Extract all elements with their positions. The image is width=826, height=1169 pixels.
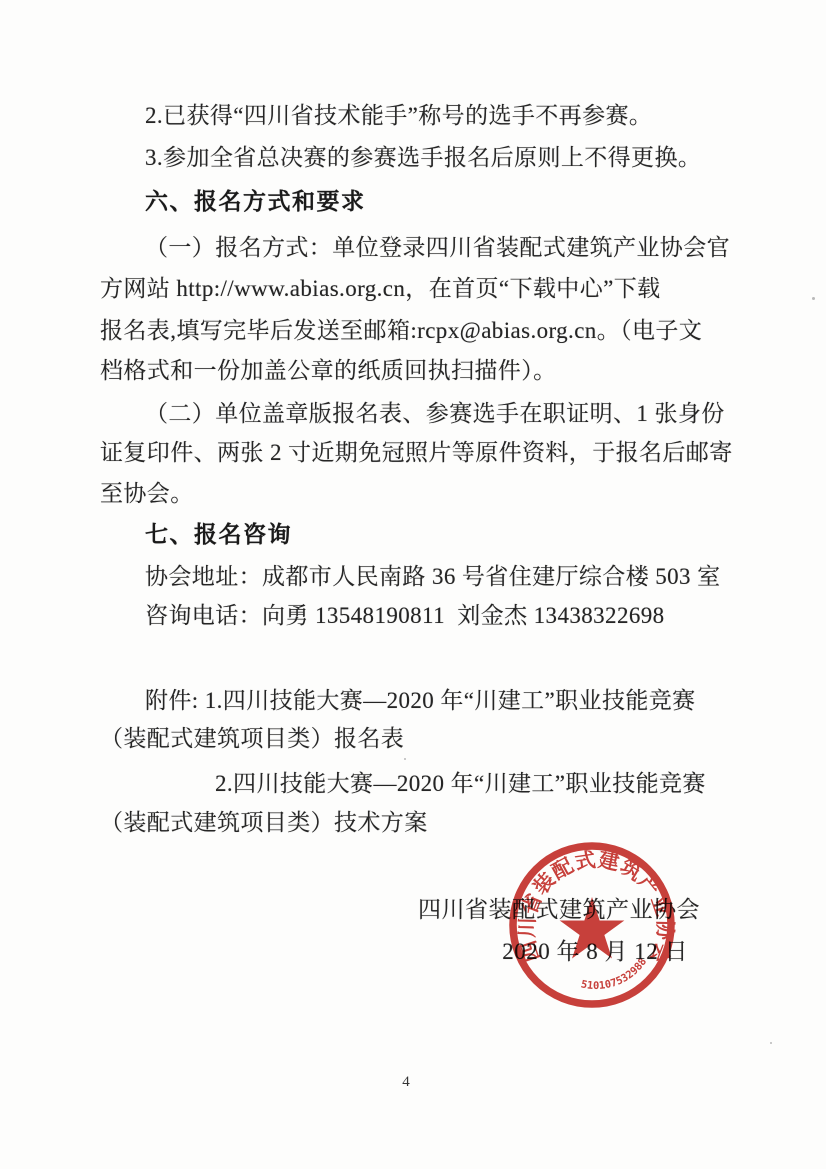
address-line: 协会地址：成都市人民南路 36 号省住建厅综合楼 503 室 (145, 562, 721, 592)
attachment-line: 附件: 1.四川技能大赛—2020 年“川建工”职业技能竞赛 (145, 686, 696, 716)
scanned-document-page: 2.已获得“四川省技术能手”称号的选手不再参赛。 3.参加全省总决赛的参赛选手报… (0, 0, 826, 1169)
body-line: 2.已获得“四川省技术能手”称号的选手不再参赛。 (145, 101, 652, 131)
attachment-line: （装配式建筑项目类）报名表 (100, 724, 404, 754)
body-line: 档格式和一份加盖公章的纸质回执扫描件）。 (100, 356, 557, 386)
seal-code: 5101075329888 (469, 801, 649, 992)
phone-line: 咨询电话：向勇 13548190811 刘金杰 13438322698 (145, 601, 665, 631)
body-line: 证复印件、两张 2 寸近期免冠照片等原件资料，于报名后邮寄 (100, 438, 733, 468)
body-line: 报名表,填写完毕后发送至邮箱:rcpx@abias.org.cn。（电子文 (100, 316, 702, 346)
section-heading: 六、报名方式和要求 (145, 186, 366, 216)
scan-speckle (404, 758, 406, 760)
seal-star-icon (560, 897, 625, 959)
body-line: 至协会。 (100, 479, 194, 509)
section-heading: 七、报名咨询 (145, 519, 292, 549)
scan-speckle (812, 297, 815, 300)
scan-speckle (770, 1042, 772, 1044)
official-seal: 四川省装配式建筑产业协会 5101075329888 (468, 801, 716, 1049)
body-line: （一）报名方式：单位登录四川省装配式建筑产业协会官 (145, 233, 730, 263)
body-line: （二）单位盖章版报名表、参赛选手在职证明、1 张身份 (145, 399, 725, 429)
attachment-line: （装配式建筑项目类）技术方案 (100, 808, 428, 838)
page-number: 4 (0, 1074, 812, 1091)
body-line: 方网站 http://www.abias.org.cn，在首页“下载中心”下载 (100, 274, 661, 304)
attachment-line: 2.四川技能大赛—2020 年“川建工”职业技能竞赛 (215, 769, 706, 799)
body-line: 3.参加全省总决赛的参赛选手报名后原则上不得更换。 (145, 143, 701, 173)
